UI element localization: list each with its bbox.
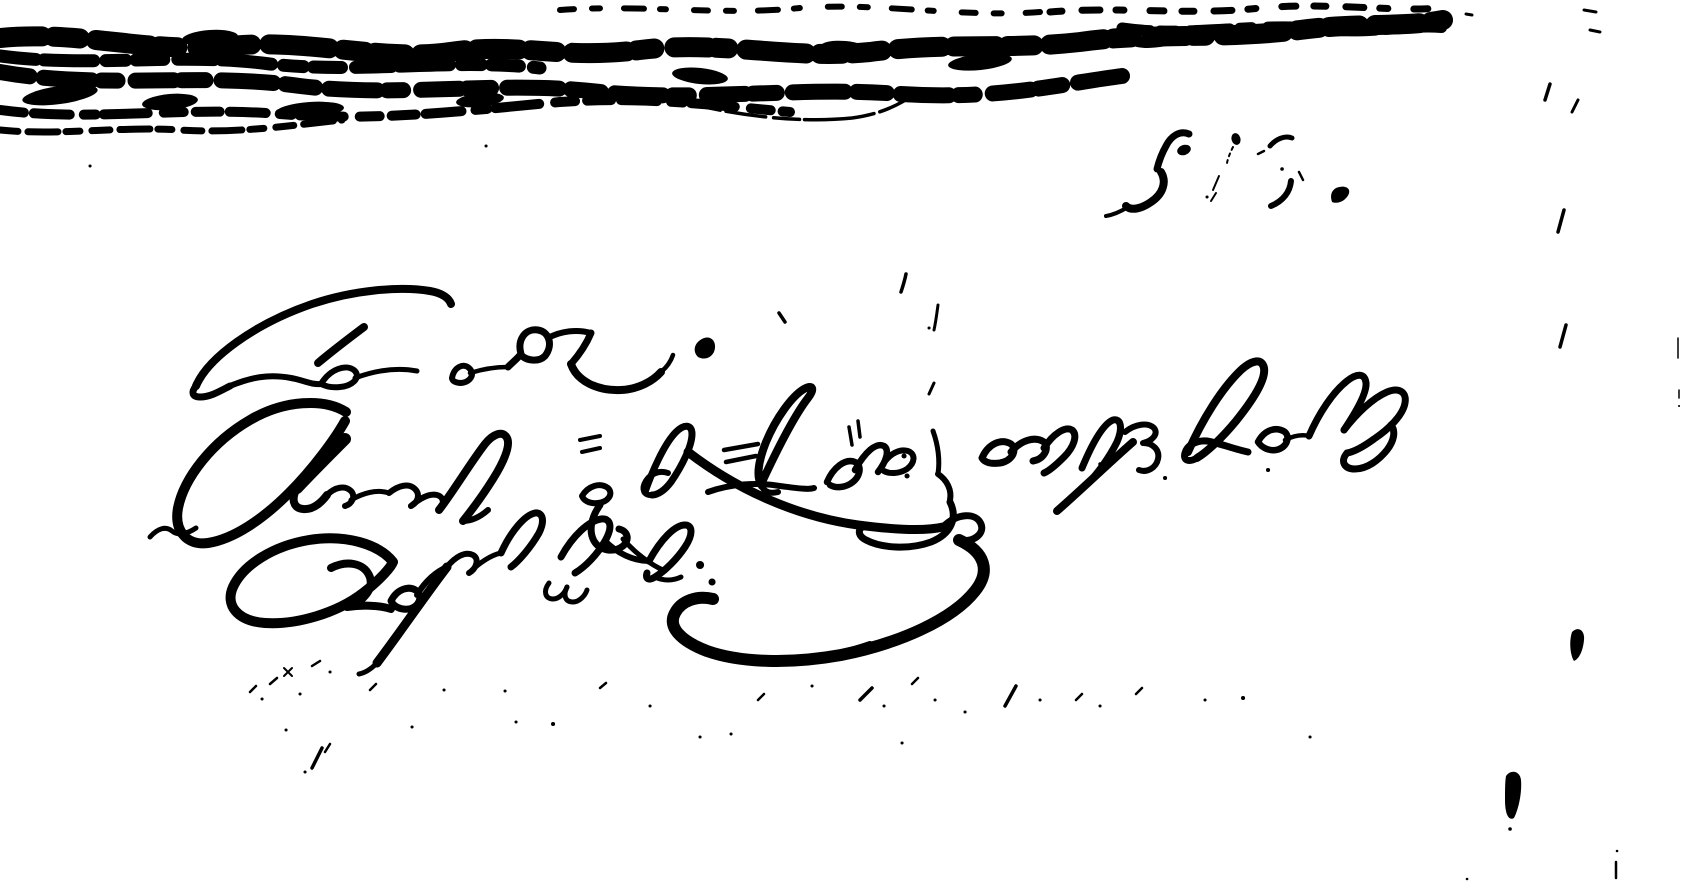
page-number [1106, 132, 1349, 216]
handwriting-line-3 [231, 513, 713, 674]
scanned-page [0, 0, 1682, 890]
manuscript-scan-svg [0, 0, 1682, 890]
comma-mark [1331, 187, 1349, 203]
ink-marks-right-margin [1467, 84, 1679, 879]
comma-blot [1570, 629, 1584, 661]
teardrop-blot [1505, 772, 1521, 819]
handwriting-line-1 [193, 289, 785, 397]
handwriting-line-2 [150, 274, 1405, 550]
ink-specks-bottom [250, 661, 1310, 772]
ink-noise-band-top [0, 6, 1600, 166]
